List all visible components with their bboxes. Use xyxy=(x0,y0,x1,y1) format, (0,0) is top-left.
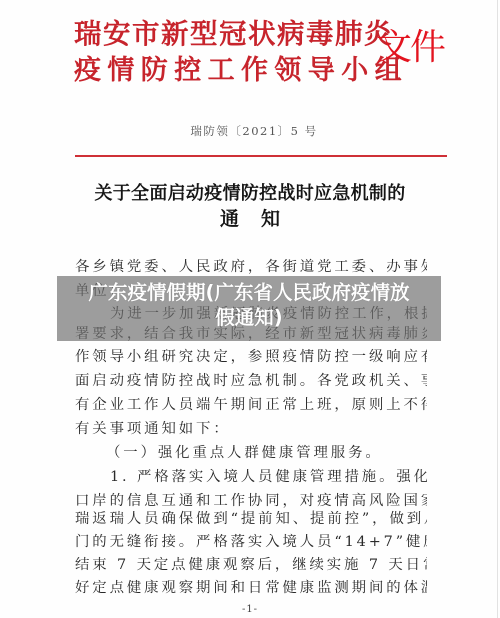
issuer-name-line2: 疫情防控工作领导小组 xyxy=(74,57,408,85)
body-line: 好定点健康观察期间和日常健康监测期间的体温监测和核 xyxy=(75,579,427,597)
section-heading: （一）强化重点人群健康管理服务。 xyxy=(106,444,458,462)
page-number: -1- xyxy=(0,604,500,616)
notice-title: 关于全面启动疫情防控战时应急机制的 xyxy=(0,183,500,205)
notice-title-suffix: 通知 xyxy=(0,208,500,230)
page-edge-divider xyxy=(497,0,498,618)
body-line: 瑞返瑞人员确保做到“提前知、提前控”，做到从国门到家 xyxy=(75,510,427,528)
document-number: 瑞防领〔2021〕5 号 xyxy=(0,124,500,138)
body-line: 面启动疫情防控战时应急机制。各党政机关、事业单位、国 xyxy=(75,372,427,390)
document-page: 瑞安市新型冠状病毒肺炎 疫情防控工作领导小组 文件 瑞防领〔2021〕5 号 关… xyxy=(0,0,500,618)
body-line-recipients: 各乡镇党委、人民政府，各街道党工委、办事处，市各有关 xyxy=(75,258,427,276)
red-header-rule xyxy=(75,155,447,157)
body-line: 有关事项通知如下： xyxy=(75,420,427,438)
body-line: 作领导小组研究决定，参照疫情防控一级响应有关要求，全 xyxy=(75,348,427,366)
body-line: 1. 严格落实入境人员健康管理措施。强化与省内外入境 xyxy=(110,468,427,486)
body-line: 门的无缝衔接。严格落实入境人员“14+7”健康管理措施， xyxy=(75,533,427,551)
article-title-line2: 假通知) xyxy=(57,306,441,330)
body-line: 口岸的信息互通和工作协同，对疫情高风险国家（地区）来 xyxy=(75,492,427,510)
issuer-name-line1: 瑞安市新型冠状病毒肺炎 xyxy=(74,20,393,48)
document-type-label: 文件 xyxy=(376,26,444,70)
article-title-line1: 广东疫情假期(广东省人民政府疫情放 xyxy=(57,281,441,305)
body-line: 结束 7 天定点健康观察后，继续实施 7 天日常健康监测。做 xyxy=(75,556,427,574)
body-line: 有企业工作人员端午期间正常上班，原则上不得请假。现就 xyxy=(75,396,427,414)
